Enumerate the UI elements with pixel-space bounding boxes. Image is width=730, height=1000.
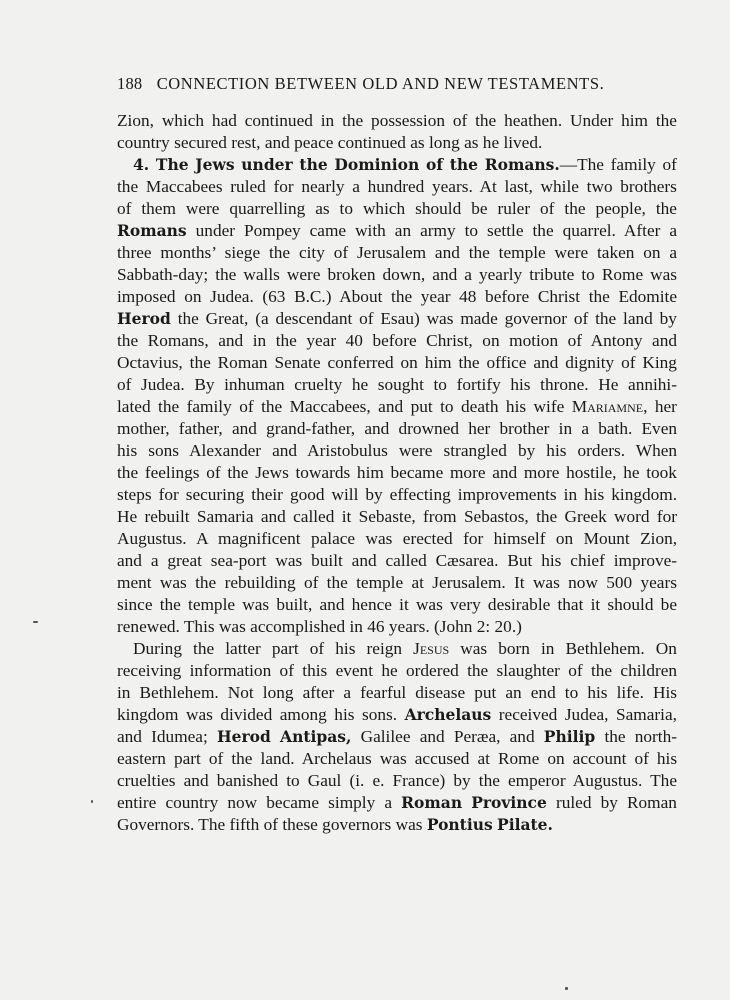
- word: event: [336, 661, 373, 680]
- word: took: [646, 463, 677, 482]
- word: governor: [505, 309, 567, 328]
- word: himself: [494, 529, 546, 548]
- word: But: [507, 551, 532, 570]
- word: accused: [415, 749, 470, 768]
- word: while: [541, 177, 579, 196]
- word: brothers: [620, 177, 677, 196]
- word: Roman: [218, 353, 268, 372]
- word: be: [471, 199, 487, 218]
- text-line: lated the family of the Maccabees, and p…: [117, 396, 677, 418]
- word: Peræa,: [454, 727, 501, 746]
- word: good: [290, 485, 325, 504]
- word: should: [415, 199, 461, 218]
- word: and: [232, 419, 257, 438]
- word: people,: [595, 199, 645, 218]
- word: Judea.: [141, 375, 185, 394]
- text-line: and Idumea; Herod Antipas, Galilee and P…: [117, 726, 677, 748]
- word: Sebaste,: [359, 507, 416, 526]
- word: which: [363, 199, 405, 218]
- word: city: [299, 243, 325, 262]
- word: was: [380, 749, 407, 768]
- word: at: [477, 749, 489, 768]
- word: the: [479, 771, 500, 790]
- word: three: [117, 243, 152, 262]
- word: to: [340, 199, 353, 218]
- word: the: [656, 199, 677, 218]
- text-line: Herod the Great, (a descendant of Esau) …: [117, 308, 677, 330]
- word: Edomite: [618, 287, 677, 306]
- bold-term: Pilate.: [497, 815, 553, 834]
- word: France): [393, 771, 446, 790]
- word: Bethlehem.: [140, 683, 219, 702]
- word: of: [453, 111, 467, 130]
- word: ruled: [556, 793, 592, 812]
- word: year: [421, 287, 451, 306]
- word: his: [657, 749, 677, 768]
- word: kingdom.: [611, 485, 677, 504]
- text-line: imposed on Judea. (63 B.C.) About the ye…: [117, 286, 677, 308]
- word: receiving: [117, 661, 181, 680]
- word: for: [657, 507, 677, 526]
- word: Galilee: [361, 727, 411, 746]
- word: of: [540, 199, 554, 218]
- word: part: [174, 749, 201, 768]
- word: emperor: [508, 771, 566, 790]
- word: he: [483, 133, 499, 152]
- word: and: [510, 727, 535, 746]
- word: hence: [352, 595, 392, 614]
- word: ment: [117, 573, 152, 592]
- word: the: [227, 463, 248, 482]
- word: Augustus.: [117, 529, 187, 548]
- word: and: [420, 727, 445, 746]
- word: these: [282, 815, 318, 834]
- bold-term: Antipas,: [280, 727, 351, 746]
- word: the: [327, 573, 348, 592]
- text-line: his sons Alexander and Aristobulus were …: [117, 440, 677, 462]
- word: of: [621, 353, 635, 372]
- word: Mount: [584, 529, 630, 548]
- word: Zion,: [640, 529, 677, 548]
- text-line: renewed. This was accomplished in 46 yea…: [117, 616, 677, 638]
- word: to: [581, 265, 594, 284]
- word: strangled: [444, 441, 507, 460]
- word: the: [215, 265, 236, 284]
- text-line: Romans under Pompey came with an army to…: [117, 220, 677, 242]
- word: a: [669, 243, 677, 262]
- word: Samaria: [197, 507, 254, 526]
- word: him: [425, 353, 452, 372]
- word: Rome: [602, 265, 643, 284]
- word: be: [661, 595, 677, 614]
- word: 500: [606, 573, 632, 592]
- word: part: [272, 639, 299, 658]
- margin-speck: [565, 987, 568, 990]
- word: Great,: [206, 309, 249, 328]
- word: bath.: [598, 419, 632, 438]
- word: rest,: [231, 133, 260, 152]
- word: will: [332, 485, 359, 504]
- word: At: [480, 177, 497, 196]
- word: settle: [487, 221, 523, 240]
- word: his: [117, 441, 137, 460]
- word: On: [656, 639, 677, 658]
- word: family: [611, 155, 656, 174]
- word: lived.: [503, 133, 542, 152]
- word: the: [276, 331, 297, 350]
- bold-term: Philip: [544, 727, 595, 746]
- word: sons: [148, 441, 179, 460]
- word: secured: [174, 133, 227, 152]
- word: disease: [415, 683, 465, 702]
- word: of: [206, 463, 220, 482]
- word: Judea.: [210, 287, 254, 306]
- word: This: [184, 617, 215, 636]
- text-line: eastern part of the land. Archelaus was …: [117, 748, 677, 770]
- word: Sebastos,: [464, 507, 529, 526]
- word: fifth: [230, 815, 260, 834]
- word: the: [193, 639, 214, 658]
- word: was: [416, 595, 443, 614]
- word: of: [359, 309, 373, 328]
- text-line: Augustus. A magnificent palace was erect…: [117, 528, 677, 550]
- word: hundred: [368, 177, 425, 196]
- word: by: [365, 485, 382, 504]
- word: continued: [245, 111, 313, 130]
- word: of: [568, 331, 582, 350]
- word: banished: [217, 771, 278, 790]
- word: latter: [225, 639, 261, 658]
- word: and: [432, 265, 457, 284]
- bold-term: Province: [471, 793, 547, 812]
- word: possession: [371, 111, 445, 130]
- word: years: [641, 573, 677, 592]
- word: of: [574, 309, 588, 328]
- word: (a: [255, 309, 268, 328]
- bold-term: the: [450, 155, 478, 174]
- word: magnificent: [218, 529, 301, 548]
- word: her: [468, 419, 490, 438]
- word: palace: [311, 529, 355, 548]
- word: descendant: [276, 309, 353, 328]
- word: more: [524, 463, 560, 482]
- word: information: [190, 661, 272, 680]
- word: country: [165, 793, 218, 812]
- word: B.C.): [294, 287, 331, 306]
- word: it: [342, 507, 352, 526]
- word: to: [565, 683, 578, 702]
- small-caps-term: Mariamne: [572, 397, 643, 416]
- word: and: [265, 133, 290, 152]
- word: as: [410, 133, 424, 152]
- word: country: [117, 133, 170, 152]
- word: cruelty: [294, 375, 342, 394]
- word: of: [568, 661, 582, 680]
- word: —The: [560, 155, 604, 174]
- text-line: in Bethlehem. Not long after a fearful d…: [117, 682, 677, 704]
- word: of: [310, 639, 324, 658]
- word: the: [391, 287, 412, 306]
- word: kingdom: [117, 705, 178, 724]
- word: conferred: [327, 353, 393, 372]
- word: family: [187, 397, 232, 416]
- word: and: [533, 353, 558, 372]
- word: his: [546, 441, 566, 460]
- word: and: [364, 419, 389, 438]
- word: land.: [261, 749, 295, 768]
- word: his: [335, 639, 355, 658]
- word: the: [190, 353, 211, 372]
- text-line: During the latter part of his reign Jesu…: [117, 638, 677, 660]
- word: put: [474, 683, 496, 702]
- word: 46: [367, 617, 384, 636]
- word: wife: [534, 397, 565, 416]
- word: Jews: [255, 463, 289, 482]
- word: his: [506, 397, 526, 416]
- word: his: [584, 485, 604, 504]
- word: improvements: [458, 485, 557, 504]
- word: to: [434, 375, 447, 394]
- word: was: [219, 617, 246, 636]
- bold-term: Archelaus: [405, 705, 492, 724]
- word: Maccabees,: [290, 397, 371, 416]
- text-line: Zion, which had continued in the possess…: [117, 110, 677, 132]
- word: in: [541, 639, 554, 658]
- word: and: [320, 595, 345, 614]
- word: Senate: [274, 353, 320, 372]
- word: chief: [570, 551, 605, 570]
- word: When: [636, 441, 677, 460]
- word: year: [306, 331, 336, 350]
- word: Under: [570, 111, 613, 130]
- word: the: [604, 727, 625, 746]
- text-line: of them were quarrelling as to which sho…: [117, 198, 677, 220]
- word: He: [117, 507, 137, 526]
- word: her: [655, 397, 677, 416]
- word: on: [482, 331, 499, 350]
- word: that: [557, 595, 583, 614]
- word: of: [117, 199, 131, 218]
- word: improve-: [614, 551, 677, 570]
- word: before: [485, 287, 529, 306]
- word: the: [458, 353, 479, 372]
- word: entire: [117, 793, 156, 812]
- word: temple: [356, 573, 403, 592]
- word: was: [650, 265, 677, 284]
- word: office: [487, 353, 527, 372]
- word: (63: [262, 287, 285, 306]
- word: Rome: [498, 749, 539, 768]
- word: governors: [322, 815, 391, 834]
- word: down,: [383, 265, 426, 284]
- word: Archelaus: [302, 749, 372, 768]
- word: was: [533, 573, 560, 592]
- word: on: [184, 287, 201, 306]
- word: with: [355, 221, 386, 240]
- word: simply: [328, 793, 375, 812]
- bold-term: of: [426, 155, 443, 174]
- word: the: [589, 287, 610, 306]
- word: lated: [117, 397, 151, 416]
- word: became: [266, 793, 319, 812]
- word: among: [280, 705, 327, 724]
- word: ruled: [230, 177, 266, 196]
- word: in: [117, 683, 130, 702]
- word: of: [663, 155, 677, 174]
- word: a: [581, 419, 589, 438]
- word: siege: [225, 243, 261, 262]
- word: his: [587, 683, 607, 702]
- word: annihi-: [628, 375, 677, 394]
- word: his: [510, 375, 530, 394]
- running-title: CONNECTION BETWEEN OLD AND NEW TESTAMENT…: [157, 74, 605, 93]
- word: It: [514, 573, 525, 592]
- word: the: [595, 309, 616, 328]
- word: Roman: [627, 793, 677, 812]
- word: accomplished: [250, 617, 345, 636]
- word: in: [253, 331, 266, 350]
- word: Christ: [538, 287, 580, 306]
- word: called: [386, 551, 427, 570]
- bold-term: Romans: [117, 221, 187, 240]
- word: for: [274, 177, 294, 196]
- word: Aristobulus: [307, 441, 388, 460]
- word: divided: [220, 705, 272, 724]
- word: received: [499, 705, 558, 724]
- text-line: entire country now became simply a Roman…: [117, 792, 677, 814]
- word: as: [464, 133, 478, 152]
- bold-term: Jews: [195, 155, 234, 174]
- word: mother,: [117, 419, 170, 438]
- margin-speck: [91, 800, 93, 803]
- word: the: [591, 661, 612, 680]
- word: peace: [294, 133, 333, 152]
- word: on: [556, 529, 573, 548]
- word: Pompey: [244, 221, 301, 240]
- word: feelings: [145, 463, 200, 482]
- text-line: steps for securing their good will by ef…: [117, 484, 677, 506]
- word: and: [117, 551, 142, 570]
- word: temple: [499, 243, 546, 262]
- word: sea-port: [211, 551, 267, 570]
- word: broken: [328, 265, 376, 284]
- word: Governors.: [117, 815, 194, 834]
- word: called: [293, 507, 334, 526]
- word: it: [399, 595, 409, 614]
- word: After: [624, 221, 660, 240]
- word: The: [198, 815, 225, 834]
- word: ,: [643, 397, 647, 416]
- word: quarrel.: [563, 221, 616, 240]
- word: after: [303, 683, 335, 702]
- word: to: [440, 397, 453, 416]
- word: the: [178, 309, 199, 328]
- word: tribute: [529, 265, 574, 284]
- word: by: [660, 309, 677, 328]
- word: built: [311, 551, 343, 570]
- word: dignity: [565, 353, 614, 372]
- word: of: [209, 749, 223, 768]
- word: on: [643, 243, 660, 262]
- word: towards: [296, 463, 351, 482]
- word: were: [555, 243, 589, 262]
- word: were: [399, 441, 433, 460]
- word: sons.: [362, 705, 397, 724]
- word: made: [460, 309, 497, 328]
- word: e.: [372, 771, 384, 790]
- text-line: Sabbath-day; the walls were broken down,…: [117, 264, 677, 286]
- word: under: [196, 221, 235, 240]
- word: it: [591, 595, 601, 614]
- word: Cæsarea.: [436, 551, 499, 570]
- word: years.: [432, 177, 473, 196]
- word: taken: [597, 243, 634, 262]
- word: built,: [276, 595, 312, 614]
- word: the: [117, 463, 138, 482]
- word: was: [366, 529, 393, 548]
- word: (i.: [349, 771, 364, 790]
- word: great: [167, 551, 202, 570]
- word: temple: [188, 595, 235, 614]
- word: King: [642, 353, 677, 372]
- word: a: [384, 793, 392, 812]
- word: (John: [434, 617, 472, 636]
- word: and: [435, 243, 460, 262]
- word: of: [264, 815, 278, 834]
- word: imposed: [117, 287, 176, 306]
- word: more: [450, 463, 486, 482]
- word: A: [196, 529, 208, 548]
- word: end: [531, 683, 556, 702]
- bold-term: Herod: [117, 309, 171, 328]
- word: word: [614, 507, 650, 526]
- word: him: [357, 463, 384, 482]
- word: by: [601, 793, 618, 812]
- word: his: [541, 551, 561, 570]
- body-text: Zion, which had continued in the possess…: [117, 110, 677, 836]
- word: of: [280, 661, 294, 680]
- word: During: [133, 639, 182, 658]
- word: and: [378, 397, 403, 416]
- word: heathen.: [504, 111, 562, 130]
- word: sought: [378, 375, 424, 394]
- word: 2:: [477, 617, 490, 636]
- word: now: [568, 573, 598, 592]
- word: By: [194, 375, 214, 394]
- word: him: [621, 111, 648, 130]
- word: became: [391, 463, 444, 482]
- text-line: and a great sea-port was built and calle…: [117, 550, 677, 572]
- word: quarrelling: [229, 199, 305, 218]
- word: renewed.: [117, 617, 180, 636]
- word: 40: [346, 331, 363, 350]
- word: steps: [117, 485, 152, 504]
- word: as: [315, 199, 329, 218]
- word: very: [450, 595, 481, 614]
- word: He: [598, 375, 618, 394]
- word: brother: [500, 419, 550, 438]
- word: years.: [389, 617, 430, 636]
- bold-term: Herod: [217, 727, 271, 746]
- word: rebuilding: [225, 573, 296, 592]
- page-number: 188: [117, 74, 142, 93]
- text-line: since the temple was built, and hence it…: [117, 594, 677, 616]
- word: children: [620, 661, 677, 680]
- word: the: [261, 397, 282, 416]
- word: long: [429, 133, 460, 152]
- word: was: [427, 309, 454, 328]
- word: Even: [642, 419, 678, 438]
